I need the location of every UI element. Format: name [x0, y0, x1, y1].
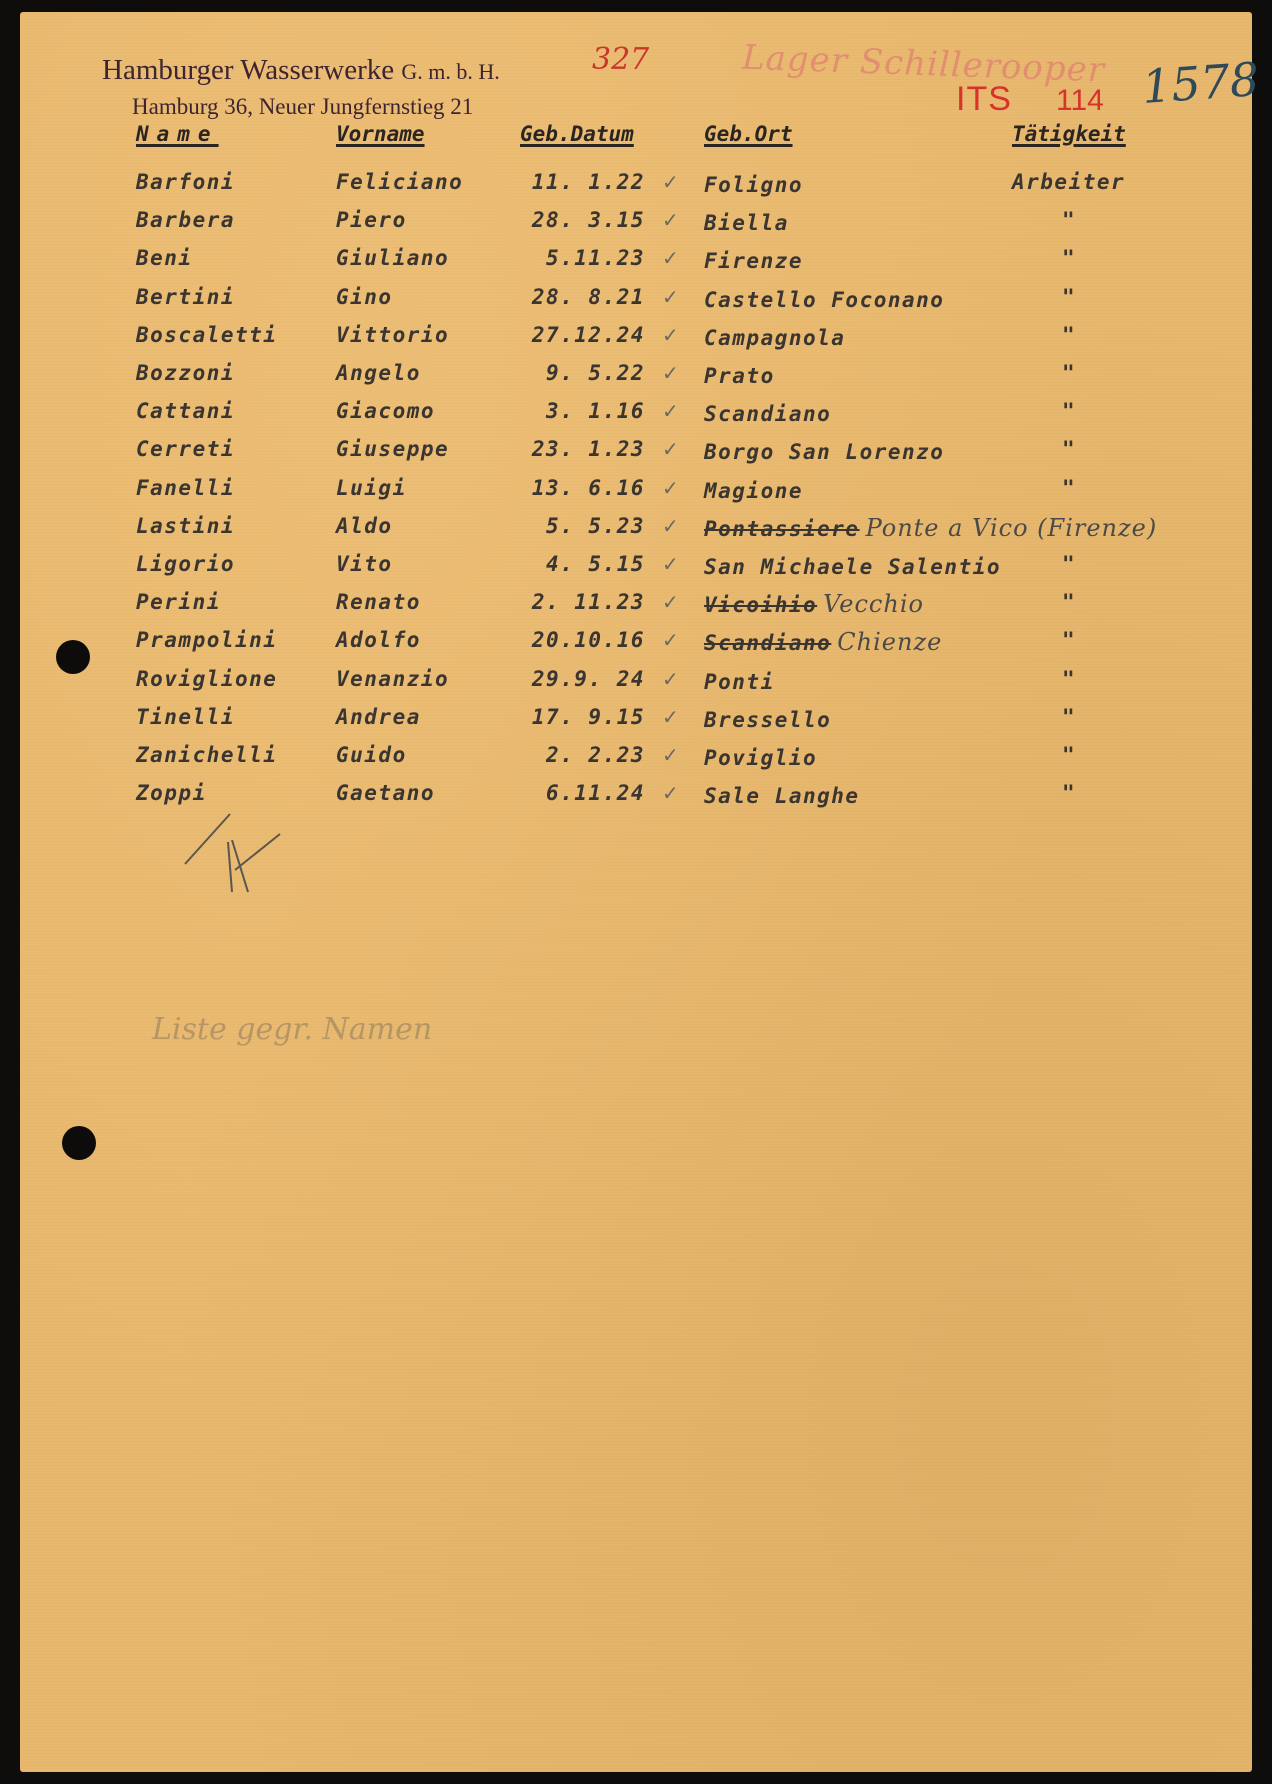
birth-date: 3. 1.16 [520, 399, 645, 423]
birth-place-typed: Borgo San Lorenzo [704, 440, 944, 464]
birth-place-typed: San Michaele Salentio [704, 555, 1001, 579]
birth-date: 27.12.24 [520, 323, 645, 347]
table-row: CattaniGiacomo3. 1.16✓Scandiano" [20, 399, 1252, 437]
checkmark-icon: ✓ [662, 552, 679, 576]
checkmark-icon: ✓ [662, 208, 679, 232]
table-row: PeriniRenato2. 11.23✓VicoihioVecchio" [20, 590, 1252, 628]
table-row: BozzoniAngelo9. 5.22✓Prato" [20, 361, 1252, 399]
birth-place: San Michaele Salentio [704, 552, 1007, 580]
birth-date: 11. 1.22 [520, 170, 645, 194]
occupation: " [1062, 552, 1076, 576]
table-row: FanelliLuigi13. 6.16✓Magione" [20, 476, 1252, 514]
letterhead-address: Hamburg 36, Neuer Jungfernstieg 21 [132, 94, 473, 120]
birth-place: Campagnola [704, 323, 851, 351]
its-number: 114 [1056, 84, 1104, 118]
birth-place: Bressello [704, 705, 837, 733]
first-name: Angelo [336, 361, 421, 385]
checkmark-icon: ✓ [662, 514, 679, 538]
birth-date: 28. 3.15 [520, 208, 645, 232]
birth-place: VicoihioVecchio [704, 590, 924, 618]
birth-place: ScandianoChienze [704, 628, 942, 656]
surname: Perini [136, 590, 221, 614]
birth-place-typed: Castello Foconano [704, 288, 944, 312]
count-mark-icon [180, 792, 290, 902]
surname: Cattani [136, 399, 235, 423]
header-geb-ort: Geb.Ort [704, 122, 793, 146]
surname: Cerreti [136, 437, 235, 461]
birth-place-typed: Foligno [704, 173, 803, 197]
occupation: " [1062, 743, 1076, 767]
birth-place-typed: Vicoihio [704, 593, 817, 617]
checkmark-icon: ✓ [662, 705, 679, 729]
table-row: LastiniAldo5. 5.23✓PontassierePonte a Vi… [20, 514, 1252, 552]
occupation: " [1062, 246, 1076, 270]
table-row: CerretiGiuseppe23. 1.23✓Borgo San Lorenz… [20, 437, 1252, 475]
occupation: " [1062, 781, 1076, 805]
surname: Barfoni [136, 170, 235, 194]
table-row: ZanichelliGuido2. 2.23✓Poviglio" [20, 743, 1252, 781]
birth-date: 20.10.16 [520, 628, 645, 652]
camp-note: Lager Schillerooper [741, 38, 1105, 91]
surname: Roviglione [136, 667, 277, 691]
company-suffix: G. m. b. H. [401, 59, 499, 84]
checkmark-icon: ✓ [662, 170, 679, 194]
occupation: Arbeiter [1012, 170, 1125, 194]
table-row: LigorioVito4. 5.15✓San Michaele Salentio… [20, 552, 1252, 590]
header-taetigkeit: Tätigkeit [1012, 122, 1126, 146]
first-name: Andrea [336, 705, 421, 729]
first-name: Feliciano [336, 170, 463, 194]
birth-place: Castello Foconano [704, 285, 950, 313]
surname: Tinelli [136, 705, 235, 729]
occupation: " [1062, 399, 1076, 423]
first-name: Vito [336, 552, 393, 576]
first-name: Aldo [336, 514, 393, 538]
checkmark-icon: ✓ [662, 667, 679, 691]
birth-place-typed: Sale Langhe [704, 784, 860, 808]
birth-place-typed: Biella [704, 211, 789, 235]
surname: Fanelli [136, 476, 235, 500]
birth-date: 2. 2.23 [520, 743, 645, 767]
birth-place: Scandiano [704, 399, 837, 427]
occupation: " [1062, 323, 1076, 347]
birth-place-typed: Ponti [704, 670, 775, 694]
birth-place: Sale Langhe [704, 781, 866, 809]
birth-date: 13. 6.16 [520, 476, 645, 500]
first-name: Guido [336, 743, 407, 767]
header-vorname: Vorname [336, 122, 425, 146]
birth-date: 23. 1.23 [520, 437, 645, 461]
checkmark-icon: ✓ [662, 361, 679, 385]
birth-date: 4. 5.15 [520, 552, 645, 576]
table-row: BeniGiuliano5.11.23✓Firenze" [20, 246, 1252, 284]
table-row: BarfoniFeliciano11. 1.22✓FolignoArbeiter [20, 170, 1252, 208]
surname: Lastini [136, 514, 235, 538]
occupation: " [1062, 628, 1076, 652]
company-name: Hamburger Wasserwerke [102, 54, 394, 86]
header-geb-datum: Geb.Datum [520, 122, 634, 146]
pencil-number: 1578 [1140, 52, 1261, 114]
occupation: " [1062, 285, 1076, 309]
birth-place: Borgo San Lorenzo [704, 437, 950, 465]
header-name: Name [136, 122, 219, 146]
checkmark-icon: ✓ [662, 590, 679, 614]
checkmark-icon: ✓ [662, 476, 679, 500]
table-row: PrampoliniAdolfo20.10.16✓ScandianoChienz… [20, 628, 1252, 666]
table-row: BarberaPiero28. 3.15✓Biella" [20, 208, 1252, 246]
birth-place-correction: Vecchio [823, 590, 924, 618]
birth-date: 28. 8.21 [520, 285, 645, 309]
surname: Barbera [136, 208, 235, 232]
document-number: 327 [592, 42, 649, 77]
birth-place-typed: Bressello [704, 708, 831, 732]
occupation: " [1062, 476, 1076, 500]
surname: Bozzoni [136, 361, 235, 385]
its-stamp: ITS [956, 80, 1012, 119]
surname: Bertini [136, 285, 235, 309]
first-name: Adolfo [336, 628, 421, 652]
first-name: Vittorio [336, 323, 449, 347]
birth-place-typed: Poviglio [704, 746, 817, 770]
birth-place: Foligno [704, 170, 809, 198]
checkmark-icon: ✓ [662, 323, 679, 347]
occupation: " [1062, 208, 1076, 232]
first-name: Gino [336, 285, 393, 309]
birth-place-typed: Prato [704, 364, 775, 388]
occupation: " [1062, 590, 1076, 614]
birth-place: Poviglio [704, 743, 823, 771]
surname: Boscaletti [136, 323, 277, 347]
checkmark-icon: ✓ [662, 246, 679, 270]
birth-date: 5. 5.23 [520, 514, 645, 538]
punch-hole-bottom [62, 1126, 96, 1160]
checkmark-icon: ✓ [662, 743, 679, 767]
surname: Ligorio [136, 552, 235, 576]
occupation: " [1062, 361, 1076, 385]
birth-place-correction: Chienze [837, 628, 942, 656]
birth-place-typed: Scandiano [704, 402, 831, 426]
birth-place-typed: Scandiano [704, 631, 831, 655]
punch-hole-top [56, 640, 90, 674]
table-row: BoscalettiVittorio27.12.24✓Campagnola" [20, 323, 1252, 361]
occupation: " [1062, 437, 1076, 461]
birth-place: Biella [704, 208, 795, 236]
occupation: " [1062, 705, 1076, 729]
checkmark-icon: ✓ [662, 437, 679, 461]
first-name: Giuseppe [336, 437, 449, 461]
first-name: Giacomo [336, 399, 435, 423]
birth-date: 5.11.23 [520, 246, 645, 270]
birth-place: Magione [704, 476, 809, 504]
birth-place-typed: Campagnola [704, 326, 845, 350]
checkmark-icon: ✓ [662, 781, 679, 805]
birth-place-typed: Pontassiere [704, 517, 860, 541]
birth-date: 17. 9.15 [520, 705, 645, 729]
birth-place: Ponti [704, 667, 781, 695]
first-name: Giuliano [336, 246, 449, 270]
first-name: Luigi [336, 476, 407, 500]
birth-place: Prato [704, 361, 781, 389]
birth-date: 9. 5.22 [520, 361, 645, 385]
surname: Prampolini [136, 628, 277, 652]
first-name: Gaetano [336, 781, 435, 805]
birth-place: PontassierePonte a Vico (Firenze) [704, 514, 1157, 542]
birth-place-typed: Firenze [704, 249, 803, 273]
birth-date: 29.9. 24 [520, 667, 645, 691]
checkmark-icon: ✓ [662, 285, 679, 309]
checkmark-icon: ✓ [662, 628, 679, 652]
surname: Beni [136, 246, 193, 270]
birth-place: Firenze [704, 246, 809, 274]
letterhead-company: Hamburger Wasserwerke G. m. b. H. [102, 54, 500, 87]
table-row: TinelliAndrea17. 9.15✓Bressello" [20, 705, 1252, 743]
table-row: BertiniGino28. 8.21✓Castello Foconano" [20, 285, 1252, 323]
first-name: Renato [336, 590, 421, 614]
first-name: Venanzio [336, 667, 449, 691]
birth-date: 2. 11.23 [520, 590, 645, 614]
birth-date: 6.11.24 [520, 781, 645, 805]
document-page: Hamburger Wasserwerke G. m. b. H. Hambur… [20, 12, 1252, 1772]
checkmark-icon: ✓ [662, 399, 679, 423]
birth-place-typed: Magione [704, 479, 803, 503]
table-row: RoviglioneVenanzio29.9. 24✓Ponti" [20, 667, 1252, 705]
occupation: " [1062, 667, 1076, 691]
surname: Zanichelli [136, 743, 277, 767]
bottom-pencil-note: Liste gegr. Namen [152, 1012, 432, 1047]
first-name: Piero [336, 208, 407, 232]
birth-place-correction: Ponte a Vico (Firenze) [866, 514, 1158, 542]
